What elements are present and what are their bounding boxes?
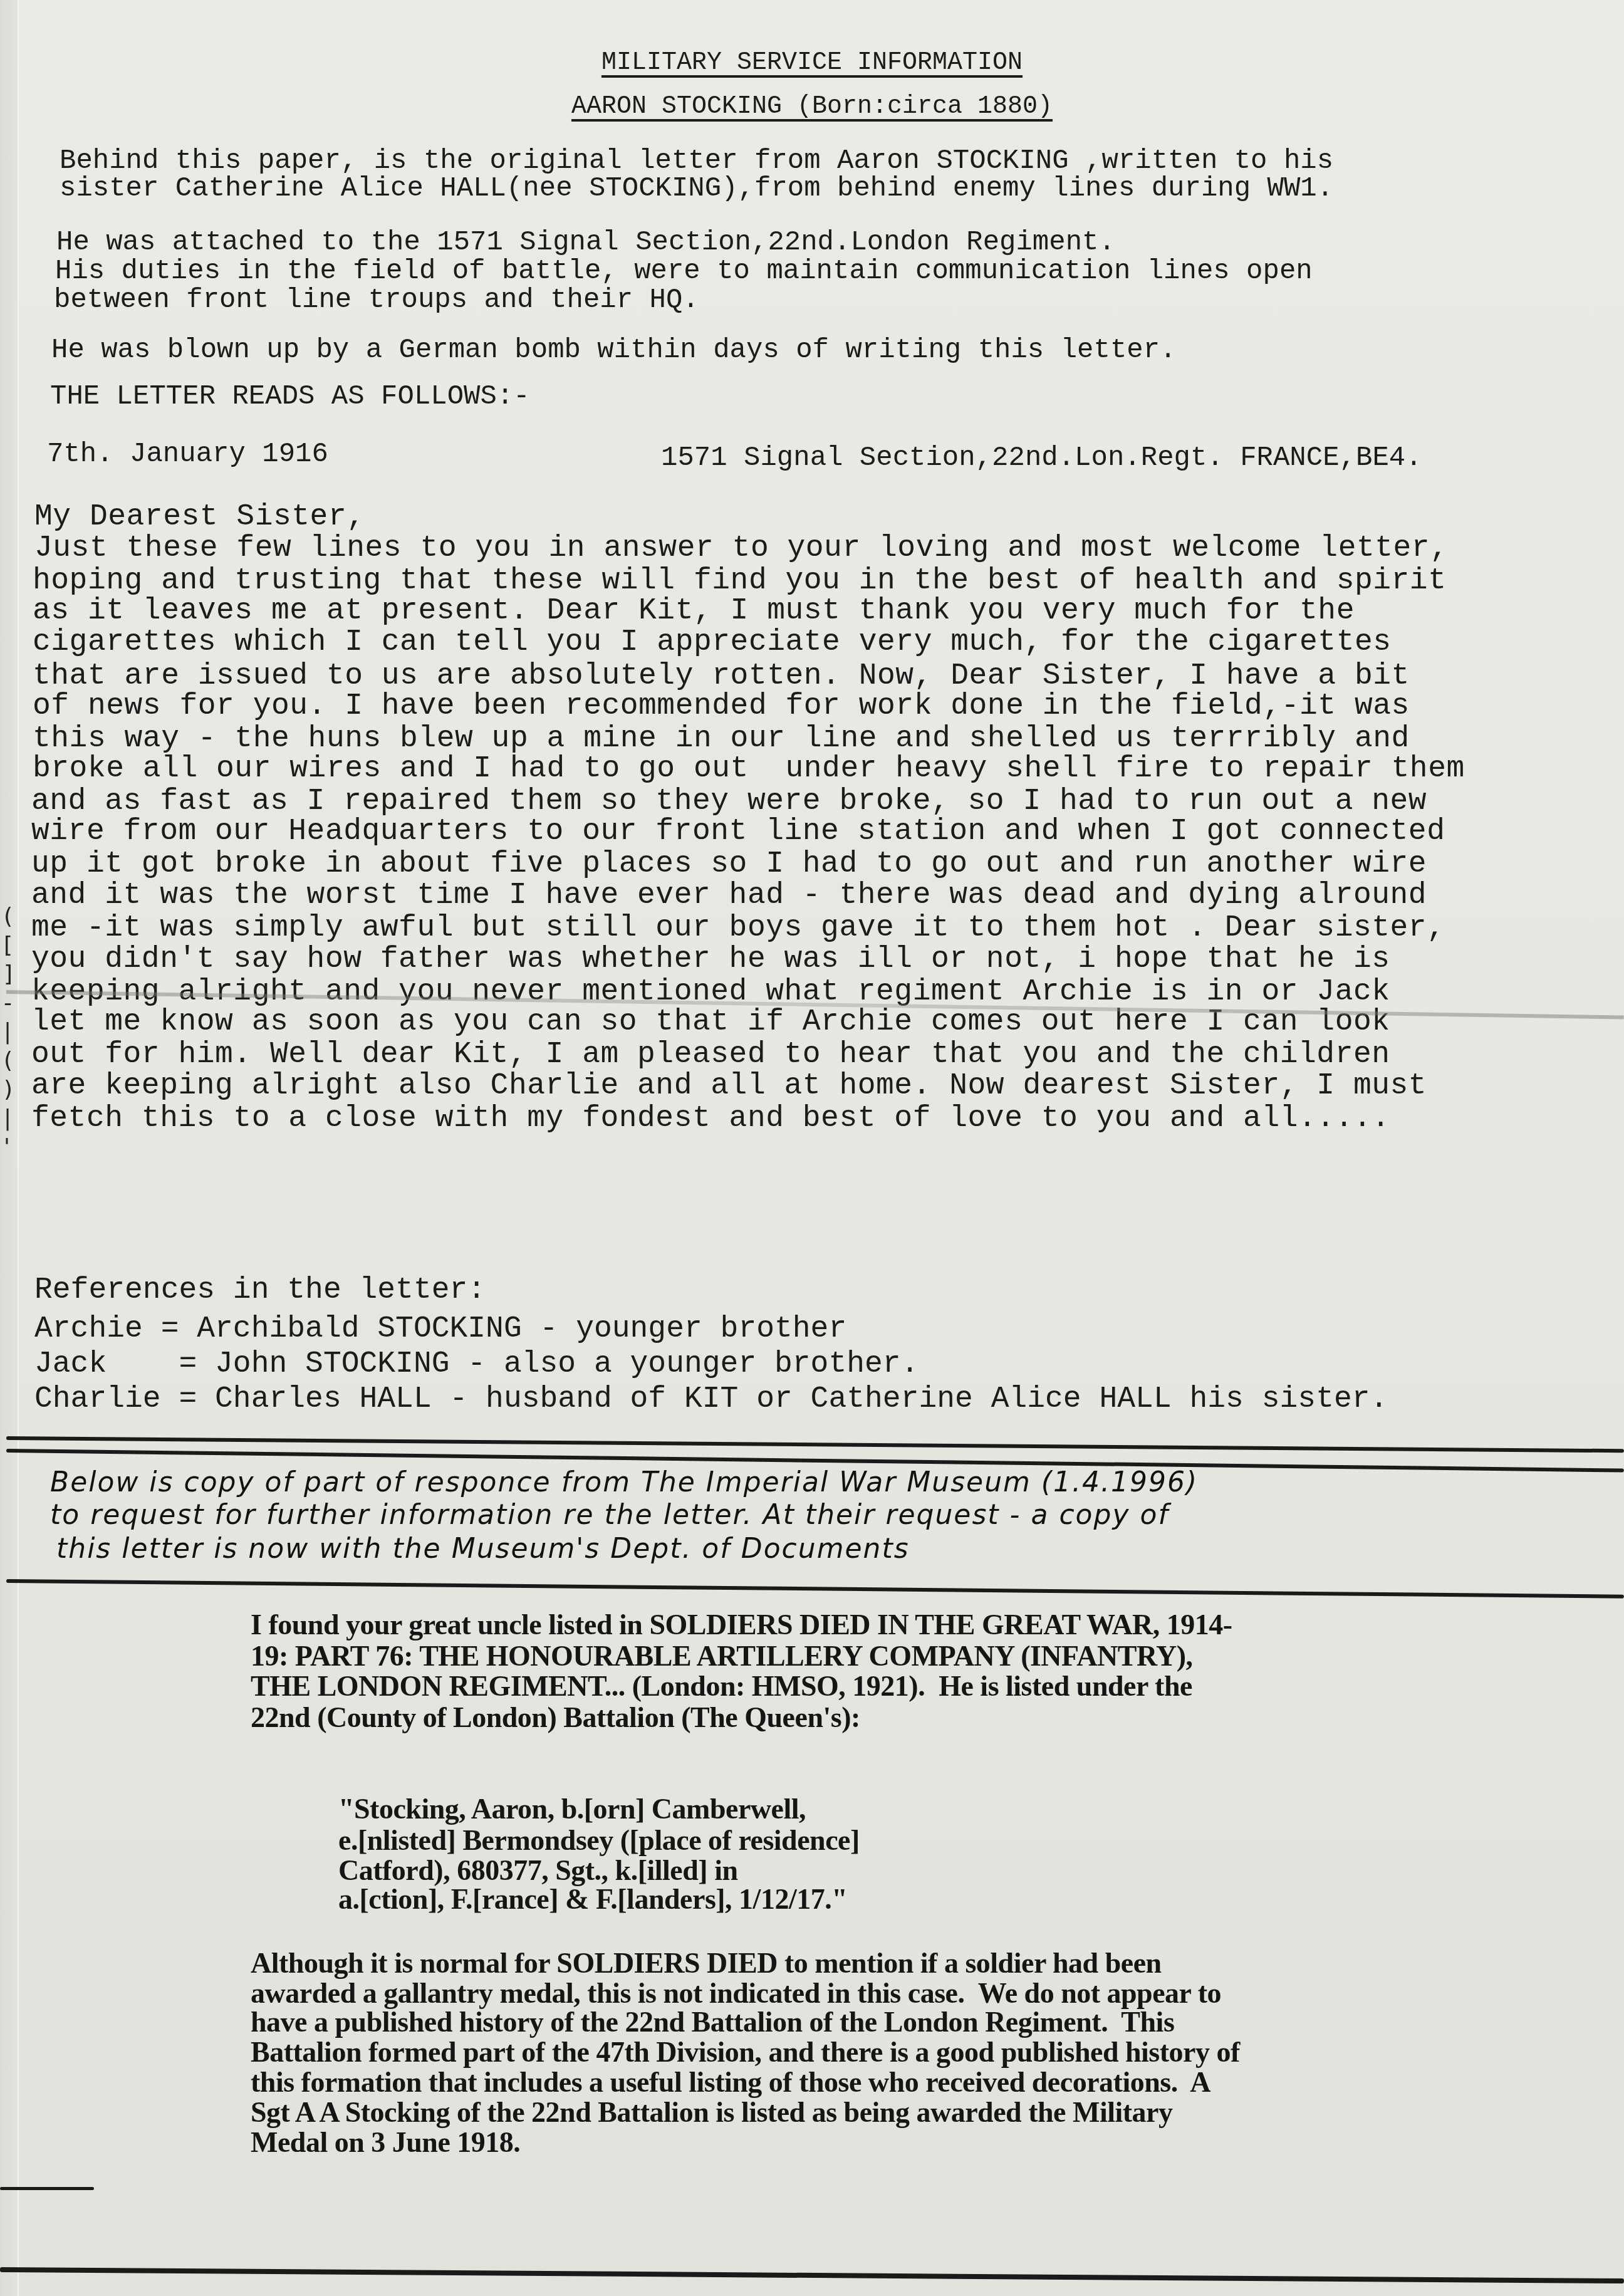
letter-line: Just these few lines to you in answer to… bbox=[34, 531, 1448, 565]
museum-response-line: Battalion formed part of the 47th Divisi… bbox=[251, 2035, 1240, 2069]
reference-item: Archie = Archibald STOCKING - younger br… bbox=[34, 1312, 846, 1346]
letter-line: you didn't say how father was whether he… bbox=[31, 942, 1390, 976]
intro-line: Behind this paper, is the original lette… bbox=[60, 145, 1333, 177]
letter-line: and it was the worst time I have ever ha… bbox=[31, 879, 1427, 912]
references-heading: References in the letter: bbox=[34, 1273, 486, 1307]
page-title: MILITARY SERVICE INFORMATION bbox=[0, 49, 1624, 77]
letter-line: hoping and trusting that these will find… bbox=[33, 564, 1446, 598]
reference-item: Jack = John STOCKING - also a younger br… bbox=[34, 1347, 919, 1381]
museum-response-line: Although it is normal for SOLDIERS DIED … bbox=[251, 1946, 1162, 1980]
museum-response-line: I found your great uncle listed in SOLDI… bbox=[251, 1608, 1232, 1641]
museum-response-line: a.[ction], F.[rance] & F.[landers], 1/12… bbox=[338, 1882, 847, 1916]
intro-line: He was blown up by a German bomb within … bbox=[51, 335, 1177, 366]
museum-response-line: Sgt A A Stocking of the 22nd Battalion i… bbox=[251, 2095, 1172, 2129]
letter-line: and as fast as I repaired them so they w… bbox=[31, 785, 1427, 818]
letter-line: are keeping alright also Charlie and all… bbox=[31, 1069, 1427, 1103]
letter-line: out for him. Well dear Kit, I am pleased… bbox=[31, 1038, 1390, 1072]
letter-line: wire from our Headquarters to our front … bbox=[31, 815, 1445, 848]
short-rule bbox=[0, 2187, 94, 2190]
museum-response-line: THE LONDON REGIMENT... (London: HMSO, 19… bbox=[251, 1669, 1192, 1703]
letter-line: cigarettes which I can tell you I apprec… bbox=[33, 625, 1392, 659]
letter-line: broke all our wires and I had to go out … bbox=[33, 752, 1465, 786]
museum-response-line: Medal on 3 June 1918. bbox=[251, 2126, 520, 2159]
letter-address: 1571 Signal Section,22nd.Lon.Regt. FRANC… bbox=[661, 442, 1422, 474]
letter-line: as it leaves me at present. Dear Kit, I … bbox=[33, 594, 1355, 628]
letter-line: me -it was simply awful but still our bo… bbox=[31, 911, 1445, 945]
intro-line: His duties in the field of battle, were … bbox=[55, 256, 1313, 287]
letter-line: fetch this to a close with my fondest an… bbox=[31, 1102, 1390, 1135]
letter-line: of news for you. I have been recommended… bbox=[33, 689, 1410, 723]
intro-line: between front line troups and their HQ. bbox=[54, 284, 699, 316]
museum-response-line: 19: PART 76: THE HONOURABLE ARTILLERY CO… bbox=[251, 1639, 1193, 1672]
handwritten-note-line: Below is copy of part of responce from T… bbox=[50, 1466, 1198, 1498]
letter-reads-heading: THE LETTER READS AS FOLLOWS:- bbox=[50, 381, 530, 412]
intro-line: sister Catherine Alice HALL(nee STOCKING… bbox=[60, 173, 1333, 204]
museum-response-line: this formation that includes a useful li… bbox=[251, 2065, 1210, 2099]
page-subtitle: AARON STOCKING (Born:circa 1880) bbox=[0, 93, 1624, 121]
museum-response-line: have a published history of the 22nd Bat… bbox=[251, 2005, 1174, 2038]
museum-response-line: 22nd (County of London) Battalion (The Q… bbox=[251, 1701, 860, 1734]
handwritten-note-line: to request for further information re th… bbox=[50, 1499, 1169, 1531]
letter-salutation: My Dearest Sister, bbox=[34, 500, 365, 534]
letter-line: this way - the huns blew up a mine in ou… bbox=[33, 722, 1410, 756]
museum-response-line: "Stocking, Aaron, b.[orn] Camberwell, bbox=[338, 1792, 806, 1825]
intro-line: He was attached to the 1571 Signal Secti… bbox=[56, 227, 1115, 258]
handwritten-note-line: this letter is now with the Museum's Dep… bbox=[56, 1533, 910, 1565]
reference-item: Charlie = Charles HALL - husband of KIT … bbox=[34, 1382, 1388, 1416]
museum-response-line: e.[nlisted] Bermondsey ([place of reside… bbox=[338, 1824, 860, 1857]
letter-line: up it got broke in about five places so … bbox=[31, 847, 1427, 881]
letter-line: that are issued to us are absolutely rot… bbox=[33, 659, 1410, 693]
margin-marks: ( [ ] - | ( ) | ' bbox=[4, 902, 14, 1162]
letter-date: 7th. January 1916 bbox=[47, 439, 328, 470]
